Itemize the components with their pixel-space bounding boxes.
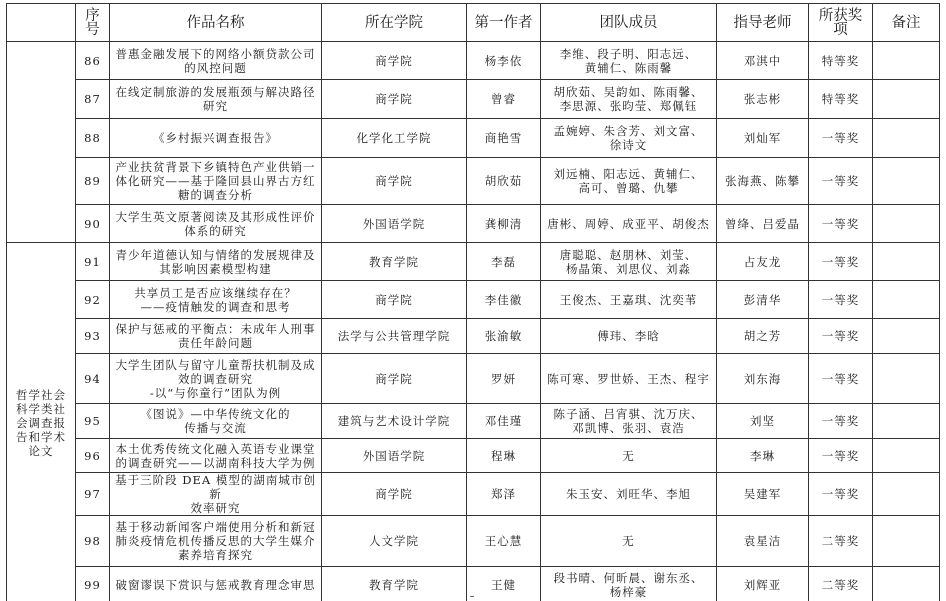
table-body: 86普惠金融发展下的网络小额贷款公司的风控问题商学院杨李依李维、段子明、阳志远、…: [7, 42, 940, 601]
members-cell: 无: [541, 439, 717, 473]
first-author-cell: 王心慧: [467, 516, 541, 567]
advisor-cell: 曾绛、吕爱晶: [717, 205, 809, 243]
header-college: 所在学院: [322, 4, 467, 42]
award-cell: 一等奖: [809, 243, 873, 281]
college-cell: 商学院: [322, 473, 467, 516]
table-row: 87在线定制旅游的发展瓶颈与解决路径研究商学院曾睿胡欣茹、吴韵如、陈雨馨、李思源…: [7, 80, 940, 119]
members-line: 傅玮、李晗: [544, 329, 713, 343]
seq-cell: 93: [76, 319, 110, 354]
note-cell: [873, 319, 940, 354]
members-line: 李维、段子明、阳志远、: [544, 47, 713, 61]
award-cell: 一等奖: [809, 281, 873, 319]
note-cell: [873, 158, 940, 205]
award-cell: 二等奖: [809, 567, 873, 601]
first-author-cell: 张渝敏: [467, 319, 541, 354]
college-cell: 商学院: [322, 281, 467, 319]
title-line: 糖的调查分析: [113, 188, 318, 202]
seq-cell: 92: [76, 281, 110, 319]
first-author-cell: 龚柳清: [467, 205, 541, 243]
title-cell: 大学生团队与留守儿童帮扶机制及成效的调查研究-以“与你童行”团队为例: [110, 354, 322, 404]
college-cell: 法学与公共管理学院: [322, 319, 467, 354]
members-cell: 傅玮、李晗: [541, 319, 717, 354]
seq-cell: 96: [76, 439, 110, 473]
college-cell: 建筑与艺术设计学院: [322, 404, 467, 439]
table-row: 90大学生英文原著阅读及其形成性评价体系的研究外国语学院龚柳清唐彬、周婷、成亚平…: [7, 205, 940, 243]
note-cell: [873, 205, 940, 243]
note-cell: [873, 119, 940, 158]
table-row: 94大学生团队与留守儿童帮扶机制及成效的调查研究-以“与你童行”团队为例商学院罗…: [7, 354, 940, 404]
members-cell: 刘远楠、阳志远、黄辅仁、高可、曾璐、仇攀: [541, 158, 717, 205]
table-row: 86普惠金融发展下的网络小额贷款公司的风控问题商学院杨李依李维、段子明、阳志远、…: [7, 42, 940, 80]
header-row: 序号 作品名称 所在学院 第一作者 团队成员 指导老师 所获奖项 备注: [7, 4, 940, 42]
advisor-cell: 吴建军: [717, 473, 809, 516]
title-line: 肺炎疫情危机传播反思的大学生媒介: [113, 534, 318, 548]
title-line: 其影响因素模型构建: [113, 262, 318, 276]
title-line: 破窗谬误下赏识与惩戒教育理念审思: [113, 578, 318, 592]
title-cell: 基于移动新闻客户端使用分析和新冠肺炎疫情危机传播反思的大学生媒介素养培育探究: [110, 516, 322, 567]
advisor-cell: 袁星洁: [717, 516, 809, 567]
table-row: 97基于三阶段 DEA 模型的湖南城市创新效率研究商学院郑泽朱玉安、刘旺华、李旭…: [7, 473, 940, 516]
title-line: 大学生团队与留守儿童帮扶机制及成: [113, 358, 318, 372]
members-line: 黄辅仁、陈雨馨: [544, 61, 713, 75]
category-cell: [7, 42, 76, 243]
table-row: 89产业扶贫背景下乡镇特色产业供销一体化研究——基于隆回县山界古方红糖的调查分析…: [7, 158, 940, 205]
members-line: 杨梓豪: [544, 585, 713, 599]
seq-cell: 88: [76, 119, 110, 158]
table-row: 98基于移动新闻客户端使用分析和新冠肺炎疫情危机传播反思的大学生媒介素养培育探究…: [7, 516, 940, 567]
title-cell: 青少年道德认知与情绪的发展规律及其影响因素模型构建: [110, 243, 322, 281]
advisor-cell: 张海燕、陈攀: [717, 158, 809, 205]
title-line: 体化研究——基于隆回县山界古方红: [113, 174, 318, 188]
members-cell: 李维、段子明、阳志远、黄辅仁、陈雨馨: [541, 42, 717, 80]
title-line: 传播与交流: [113, 421, 318, 435]
advisor-cell: 刘灿军: [717, 119, 809, 158]
title-cell: 《图说》—中华传统文化的传播与交流: [110, 404, 322, 439]
first-author-cell: 曾睿: [467, 80, 541, 119]
college-cell: 商学院: [322, 354, 467, 404]
seq-cell: 91: [76, 243, 110, 281]
award-cell: 特等奖: [809, 42, 873, 80]
members-line: 胡欣茹、吴韵如、陈雨馨、: [544, 85, 713, 99]
title-line: 本土优秀传统文化融入英语专业课堂: [113, 442, 318, 456]
title-line: 效率研究: [113, 501, 318, 515]
first-author-cell: 胡欣茹: [467, 158, 541, 205]
title-cell: 产业扶贫背景下乡镇特色产业供销一体化研究——基于隆回县山界古方红糖的调查分析: [110, 158, 322, 205]
college-cell: 教育学院: [322, 567, 467, 601]
title-cell: 共享员工是否应该继续存在？——疫情触发的调查和思考: [110, 281, 322, 319]
title-line: 《图说》—中华传统文化的: [113, 407, 318, 421]
note-cell: [873, 354, 940, 404]
members-cell: 陈可寒、罗世娇、王杰、程宇: [541, 354, 717, 404]
members-cell: 无: [541, 516, 717, 567]
award-cell: 一等奖: [809, 119, 873, 158]
first-author-cell: 杨李依: [467, 42, 541, 80]
advisor-cell: 刘辉亚: [717, 567, 809, 601]
header-members: 团队成员: [541, 4, 717, 42]
members-cell: 孟婉婷、朱含芳、刘文富、徐诗文: [541, 119, 717, 158]
title-line: 基于移动新闻客户端使用分析和新冠: [113, 520, 318, 534]
seq-cell: 94: [76, 354, 110, 404]
first-author-cell: 郑泽: [467, 473, 541, 516]
awards-table: 序号 作品名称 所在学院 第一作者 团队成员 指导老师 所获奖项 备注 86普惠…: [6, 3, 940, 601]
college-cell: 化学化工学院: [322, 119, 467, 158]
title-cell: 破窗谬误下赏识与惩戒教育理念审思: [110, 567, 322, 601]
first-author-cell: 邓佳瑾: [467, 404, 541, 439]
advisor-cell: 李琳: [717, 439, 809, 473]
first-author-cell: 李佳徽: [467, 281, 541, 319]
note-cell: [873, 42, 940, 80]
title-line: 研究: [113, 99, 318, 113]
college-cell: 商学院: [322, 42, 467, 80]
title-line: 产业扶贫背景下乡镇特色产业供销一: [113, 160, 318, 174]
members-cell: 唐聪聪、赵朋林、刘莹、杨晶策、刘思仪、刘淼: [541, 243, 717, 281]
advisor-cell: 刘东海: [717, 354, 809, 404]
members-line: 无: [544, 534, 713, 548]
seq-cell: 98: [76, 516, 110, 567]
college-cell: 教育学院: [322, 243, 467, 281]
members-cell: 段书晴、何昕晨、谢东丞、杨梓豪: [541, 567, 717, 601]
header-advisor: 指导老师: [717, 4, 809, 42]
advisor-cell: 彭清华: [717, 281, 809, 319]
members-cell: 陈子涵、吕宵骐、沈万庆、邓凯博、张羽、袁浩: [541, 404, 717, 439]
first-author-cell: 王健: [467, 567, 541, 601]
title-line: 青少年道德认知与情绪的发展规律及: [113, 248, 318, 262]
header-note: 备注: [873, 4, 940, 42]
members-cell: 胡欣茹、吴韵如、陈雨馨、李思源、张昀莹、郑佩钰: [541, 80, 717, 119]
members-cell: 朱玉安、刘旺华、李旭: [541, 473, 717, 516]
award-cell: 一等奖: [809, 473, 873, 516]
members-line: 王俊杰、王嘉琪、沈奕苇: [544, 293, 713, 307]
members-line: 杨晶策、刘思仪、刘淼: [544, 262, 713, 276]
college-cell: 外国语学院: [322, 205, 467, 243]
table-row: 88《乡村振兴调查报告》化学化工学院商艳雪孟婉婷、朱含芳、刘文富、徐诗文刘灿军一…: [7, 119, 940, 158]
title-cell: 在线定制旅游的发展瓶颈与解决路径研究: [110, 80, 322, 119]
seq-cell: 90: [76, 205, 110, 243]
title-cell: 本土优秀传统文化融入英语专业课堂的调查研究——以湖南科技大学为例: [110, 439, 322, 473]
title-cell: 《乡村振兴调查报告》: [110, 119, 322, 158]
seq-cell: 86: [76, 42, 110, 80]
note-cell: [873, 404, 940, 439]
award-cell: 一等奖: [809, 205, 873, 243]
header-category: [7, 4, 76, 42]
title-line: 大学生英文原著阅读及其形成性评价: [113, 210, 318, 224]
header-seq: 序号: [76, 4, 110, 42]
award-cell: 一等奖: [809, 319, 873, 354]
note-cell: [873, 567, 940, 601]
members-line: 高可、曾璐、仇攀: [544, 181, 713, 195]
members-cell: 唐彬、周婷、成亚平、胡俊杰: [541, 205, 717, 243]
members-line: 徐诗文: [544, 138, 713, 152]
title-line: 共享员工是否应该继续存在？: [113, 286, 318, 300]
note-cell: [873, 516, 940, 567]
members-line: 段书晴、何昕晨、谢东丞、: [544, 571, 713, 585]
award-cell: 一等奖: [809, 404, 873, 439]
note-cell: [873, 281, 940, 319]
advisor-cell: 张志彬: [717, 80, 809, 119]
header-award: 所获奖项: [809, 4, 873, 42]
first-author-cell: 商艳雪: [467, 119, 541, 158]
advisor-cell: 刘坚: [717, 404, 809, 439]
members-line: 陈子涵、吕宵骐、沈万庆、: [544, 407, 713, 421]
award-cell: 一等奖: [809, 354, 873, 404]
college-cell: 商学院: [322, 158, 467, 205]
header-title: 作品名称: [110, 4, 322, 42]
note-cell: [873, 80, 940, 119]
advisor-cell: 占友龙: [717, 243, 809, 281]
seq-cell: 99: [76, 567, 110, 601]
advisor-cell: 胡之芳: [717, 319, 809, 354]
title-line: 的风控问题: [113, 61, 318, 75]
members-line: 刘远楠、阳志远、黄辅仁、: [544, 167, 713, 181]
category-cell: 哲学社会科学类社会调查报告和学术论文: [7, 243, 76, 601]
table-row: 93保护与惩戒的平衡点：未成年人刑事责任年龄问题法学与公共管理学院张渝敏傅玮、李…: [7, 319, 940, 354]
title-line: 保护与惩戒的平衡点：未成年人刑事: [113, 322, 318, 336]
title-cell: 普惠金融发展下的网络小额贷款公司的风控问题: [110, 42, 322, 80]
title-line: -以“与你童行”团队为例: [113, 386, 318, 400]
page-number-mark: [470, 596, 474, 600]
college-cell: 外国语学院: [322, 439, 467, 473]
title-line: 效的调查研究: [113, 372, 318, 386]
table-row: 95《图说》—中华传统文化的传播与交流建筑与艺术设计学院邓佳瑾陈子涵、吕宵骐、沈…: [7, 404, 940, 439]
members-line: 李思源、张昀莹、郑佩钰: [544, 99, 713, 113]
note-cell: [873, 243, 940, 281]
header-first-author: 第一作者: [467, 4, 541, 42]
members-line: 孟婉婷、朱含芳、刘文富、: [544, 124, 713, 138]
award-cell: 一等奖: [809, 439, 873, 473]
title-line: ——疫情触发的调查和思考: [113, 300, 318, 314]
first-author-cell: 程琳: [467, 439, 541, 473]
award-cell: 一等奖: [809, 158, 873, 205]
seq-cell: 97: [76, 473, 110, 516]
first-author-cell: 罗妍: [467, 354, 541, 404]
members-line: 无: [544, 449, 713, 463]
title-cell: 保护与惩戒的平衡点：未成年人刑事责任年龄问题: [110, 319, 322, 354]
college-cell: 人文学院: [322, 516, 467, 567]
title-line: 的调查研究——以湖南科技大学为例: [113, 456, 318, 470]
title-line: 体系的研究: [113, 224, 318, 238]
members-line: 朱玉安、刘旺华、李旭: [544, 487, 713, 501]
title-line: 《乡村振兴调查报告》: [113, 131, 318, 145]
members-line: 唐聪聪、赵朋林、刘莹、: [544, 248, 713, 262]
table-row: 92共享员工是否应该继续存在？——疫情触发的调查和思考商学院李佳徽王俊杰、王嘉琪…: [7, 281, 940, 319]
award-cell: 二等奖: [809, 516, 873, 567]
members-line: 邓凯博、张羽、袁浩: [544, 421, 713, 435]
seq-cell: 89: [76, 158, 110, 205]
advisor-cell: 邓淇中: [717, 42, 809, 80]
first-author-cell: 李磊: [467, 243, 541, 281]
title-cell: 大学生英文原著阅读及其形成性评价体系的研究: [110, 205, 322, 243]
title-line: 普惠金融发展下的网络小额贷款公司: [113, 47, 318, 61]
seq-cell: 87: [76, 80, 110, 119]
seq-cell: 95: [76, 404, 110, 439]
title-line: 素养培育探究: [113, 548, 318, 562]
members-cell: 王俊杰、王嘉琪、沈奕苇: [541, 281, 717, 319]
note-cell: [873, 439, 940, 473]
members-line: 陈可寒、罗世娇、王杰、程宇: [544, 372, 713, 386]
college-cell: 商学院: [322, 80, 467, 119]
title-line: 责任年龄问题: [113, 336, 318, 350]
title-line: 基于三阶段 DEA 模型的湖南城市创新: [113, 473, 318, 501]
note-cell: [873, 473, 940, 516]
table-row: 哲学社会科学类社会调查报告和学术论文91青少年道德认知与情绪的发展规律及其影响因…: [7, 243, 940, 281]
title-line: 在线定制旅游的发展瓶颈与解决路径: [113, 85, 318, 99]
award-cell: 特等奖: [809, 80, 873, 119]
members-line: 唐彬、周婷、成亚平、胡俊杰: [544, 217, 713, 231]
table-row: 96本土优秀传统文化融入英语专业课堂的调查研究——以湖南科技大学为例外国语学院程…: [7, 439, 940, 473]
title-cell: 基于三阶段 DEA 模型的湖南城市创新效率研究: [110, 473, 322, 516]
